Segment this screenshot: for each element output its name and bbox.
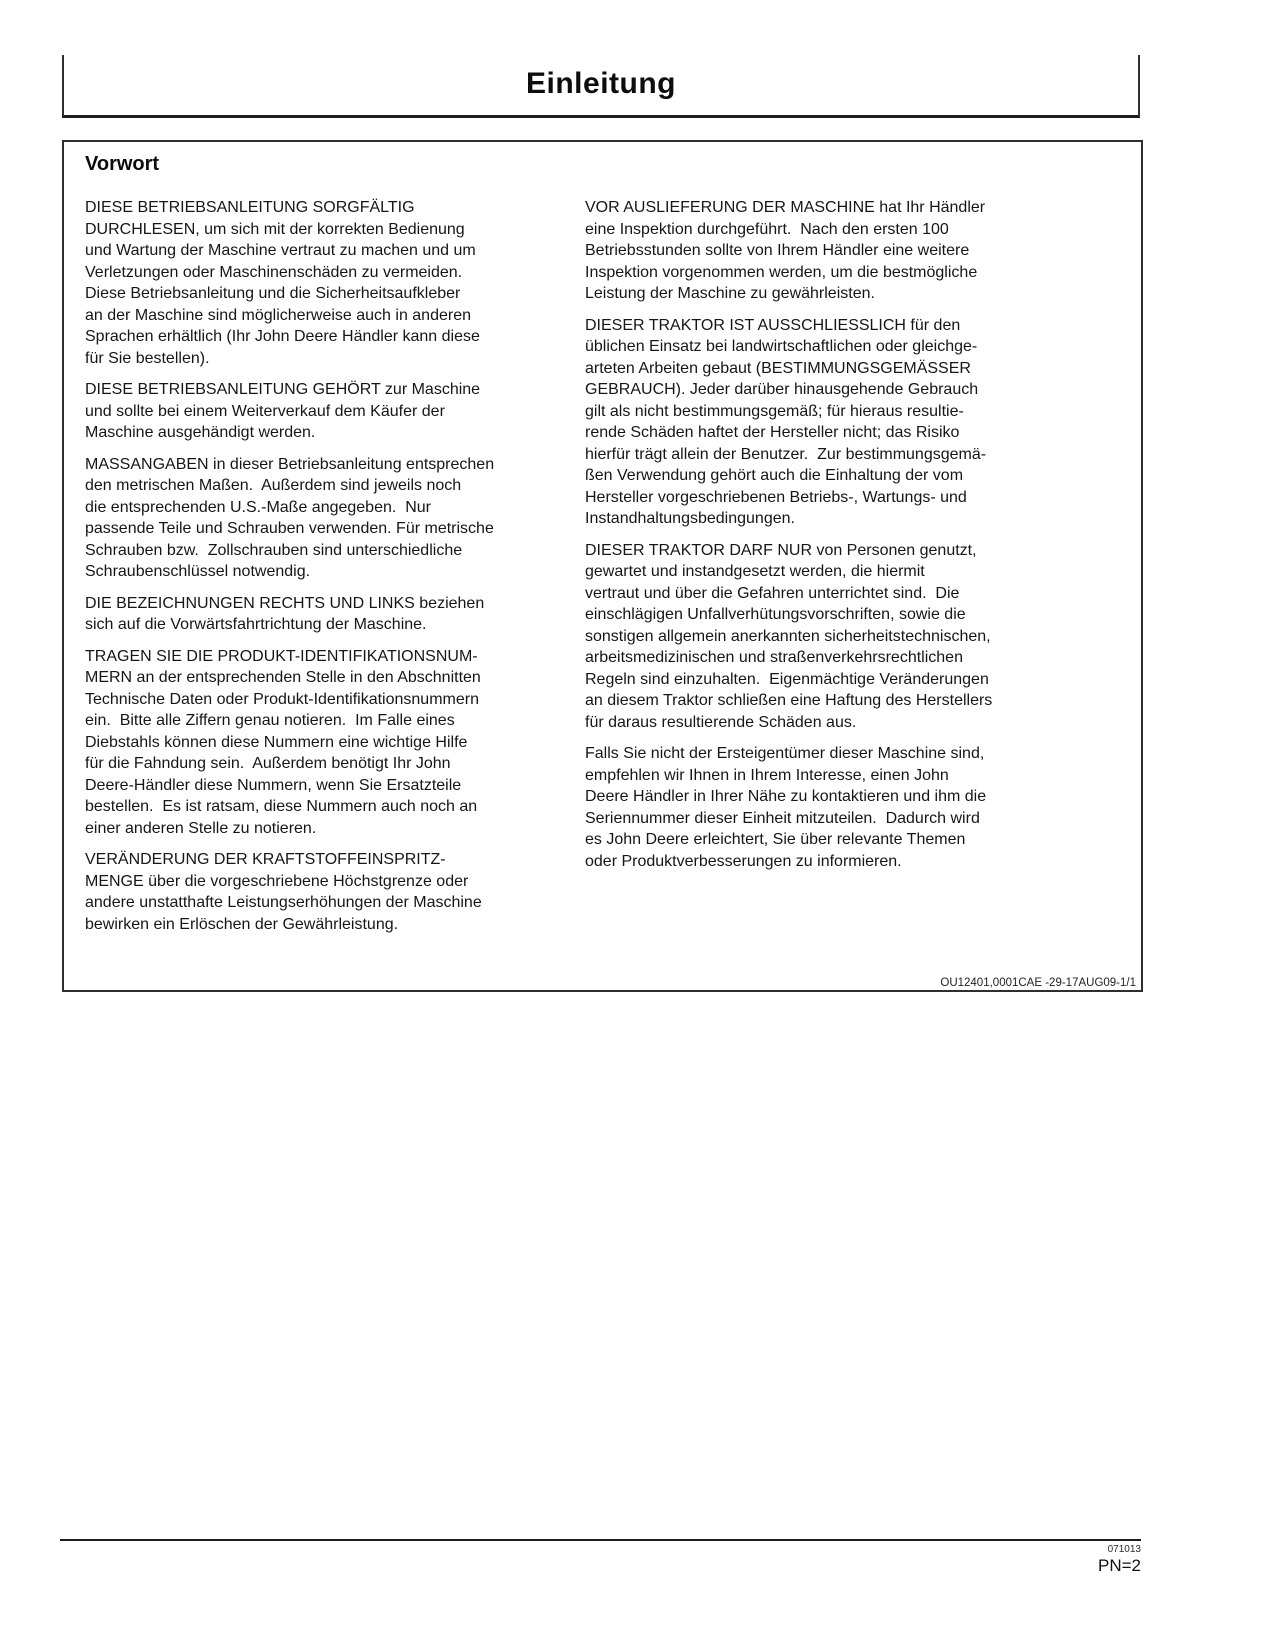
- paragraph-not-first-owner: Falls Sie nicht der Ersteigentümer diese…: [585, 743, 1100, 872]
- page-title: Einleitung: [526, 67, 676, 103]
- document-revision-code: OU12401,0001CAE -29-17AUG09-1/1: [940, 977, 1136, 989]
- paragraph-product-id: TRAGEN SIE DIE PRODUKT-IDENTIFIKATIONSNU…: [85, 646, 567, 840]
- paragraph-left-right: DIE BEZEICHNUNGEN RECHTS UND LINKS bezie…: [85, 593, 567, 636]
- foreword-section-box: Vorwort DIESE BETRIEBSANLEITUNG SORGFÄLT…: [62, 140, 1143, 992]
- chapter-header: Einleitung: [62, 55, 1140, 118]
- paragraph-measurements: MASSANGABEN in dieser Betriebsanleitung …: [85, 454, 567, 583]
- paragraph-manual-belongs: DIESE BETRIEBSANLEITUNG GEHÖRT zur Masch…: [85, 379, 567, 444]
- paragraph-pre-delivery: VOR AUSLIEFERUNG DER MASCHINE hat Ihr Hä…: [585, 197, 1100, 305]
- foreword-heading: Vorwort: [85, 153, 1121, 176]
- footer-divider-line: [60, 1539, 1141, 1541]
- paragraph-qualified-persons: DIESER TRAKTOR DARF NUR von Personen gen…: [585, 540, 1100, 734]
- paragraph-intended-use: DIESER TRAKTOR IST AUSSCHLIESSLICH für d…: [585, 315, 1100, 530]
- page-number: PN=2: [60, 1556, 1141, 1576]
- right-column: VOR AUSLIEFERUNG DER MASCHINE hat Ihr Hä…: [585, 197, 1100, 945]
- page-footer: 071013 PN=2: [60, 1544, 1141, 1576]
- print-code: 071013: [60, 1544, 1141, 1555]
- two-column-text: DIESE BETRIEBSANLEITUNG SORGFÄLTIG DURCH…: [85, 197, 1121, 945]
- paragraph-fuel-injection: VERÄNDERUNG DER KRAFTSTOFFEINSPRITZ- MEN…: [85, 849, 567, 935]
- left-column: DIESE BETRIEBSANLEITUNG SORGFÄLTIG DURCH…: [85, 197, 567, 945]
- paragraph-read-manual: DIESE BETRIEBSANLEITUNG SORGFÄLTIG DURCH…: [85, 197, 567, 369]
